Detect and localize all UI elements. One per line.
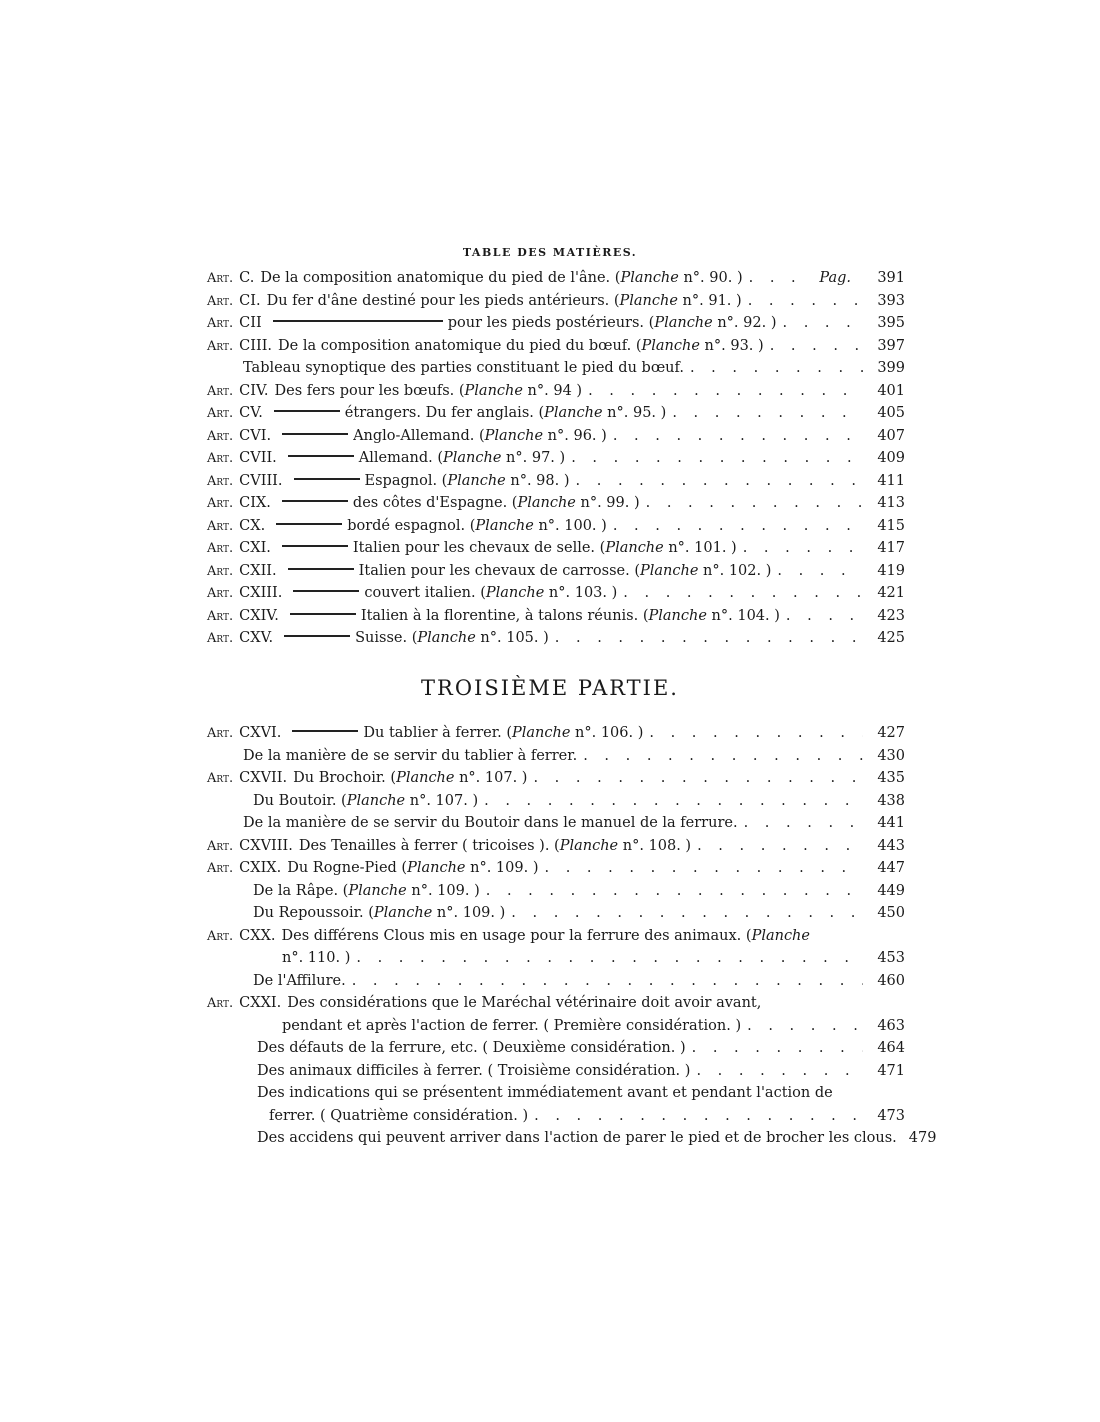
planche-label: Planche xyxy=(374,902,432,925)
dot-leader xyxy=(747,1015,863,1038)
toc-entry: De la manière de se servir du Boutoir da… xyxy=(207,812,905,835)
page-number: 438 xyxy=(869,790,905,813)
entry-title: Du fer d'âne destiné pour les pieds anté… xyxy=(267,290,620,313)
planche-number: n°. 109. ) xyxy=(432,902,505,925)
planche-label: Planche xyxy=(475,515,533,538)
entry-title: pendant et après l'action de ferrer. ( P… xyxy=(282,1015,741,1038)
dot-leader xyxy=(576,470,863,493)
dot-leader xyxy=(782,312,863,335)
planche-label: Planche xyxy=(512,722,570,745)
dot-leader xyxy=(613,515,863,538)
planche-label: Planche xyxy=(605,537,663,560)
planche-number: n°. 94 ) xyxy=(523,380,582,403)
entry-title: Du tablier à ferrer. ( xyxy=(363,722,512,745)
planche-number: n°. 100. ) xyxy=(534,515,607,538)
toc-entry: n°. 110. )453 xyxy=(207,947,905,970)
planche-number: n°. 96. ) xyxy=(543,425,607,448)
planche-number: n°. 105. ) xyxy=(476,627,549,650)
entry-title: n°. 110. ) xyxy=(282,947,350,970)
dot-leader xyxy=(571,447,863,470)
article-label: Art. xyxy=(207,836,233,859)
page-number: 419 xyxy=(869,560,905,583)
article-label: Art. xyxy=(207,471,233,494)
entry-title: Suisse. ( xyxy=(355,627,417,650)
entry-title: De l'Affilure. xyxy=(253,970,346,993)
article-number: CIV. xyxy=(239,380,268,403)
entry-title: Anglo-Allemand. ( xyxy=(353,425,485,448)
dot-leader xyxy=(749,267,814,290)
article-number: CXVI. xyxy=(239,722,281,745)
page-number: 423 xyxy=(869,605,905,628)
planche-label: Planche xyxy=(642,335,700,358)
toc-entry: Des accidens qui peuvent arriver dans l'… xyxy=(207,1127,905,1150)
article-number: CX. xyxy=(239,515,265,538)
planche-label: Planche xyxy=(486,582,544,605)
toc-entry: Art.CV.étrangers. Du fer anglais. (Planc… xyxy=(207,402,905,425)
entry-title: Des indications qui se présentent immédi… xyxy=(257,1082,833,1105)
planche-number: n°. 108. ) xyxy=(618,835,691,858)
page-number: 391 xyxy=(869,267,905,290)
article-label: Art. xyxy=(207,381,233,404)
page-number: 464 xyxy=(869,1037,905,1060)
article-label: Art. xyxy=(207,628,233,651)
page-number: 395 xyxy=(869,312,905,335)
article-number: CVI. xyxy=(239,425,271,448)
page-number: 413 xyxy=(869,492,905,515)
article-label: Art. xyxy=(207,268,233,291)
dot-leader xyxy=(511,902,863,925)
entry-title: Des défauts de la ferrure, etc. ( Deuxiè… xyxy=(257,1037,686,1060)
article-number: CVIII. xyxy=(239,470,282,493)
toc-entry: Art.CXV.Suisse. (Planche n°. 105. )425 xyxy=(207,627,905,650)
dot-leader xyxy=(692,1037,863,1060)
ditto-rule xyxy=(273,320,443,322)
entry-title: ferrer. ( Quatrième considération. ) xyxy=(269,1105,528,1128)
entry-title: Italien pour les chevaux de selle. ( xyxy=(353,537,605,560)
toc-entry: Art.CXI.Italien pour les chevaux de sell… xyxy=(207,537,905,560)
page-number: 399 xyxy=(869,357,905,380)
toc-entry: Art.CXIX.Du Rogne-Pied (Planche n°. 109.… xyxy=(207,857,905,880)
dot-leader xyxy=(613,425,863,448)
toc-entry: Art.CXIV.Italien à la florentine, à talo… xyxy=(207,605,905,628)
entry-title: pour les pieds postérieurs. ( xyxy=(448,312,655,335)
article-number: CXV. xyxy=(239,627,273,650)
entry-title: Italien à la florentine, à talons réunis… xyxy=(361,605,649,628)
toc-part-deux: Art.C.De la composition anatomique du pi… xyxy=(207,267,905,650)
planche-label: Planche xyxy=(620,267,678,290)
planche-label: Planche xyxy=(560,835,618,858)
planche-label: Planche xyxy=(517,492,575,515)
ditto-rule xyxy=(293,590,359,592)
article-number: CXIV. xyxy=(239,605,279,628)
dot-leader xyxy=(544,857,863,880)
planche-label: Planche xyxy=(443,447,501,470)
dot-leader xyxy=(623,582,863,605)
page-number: 471 xyxy=(869,1060,905,1083)
ditto-rule xyxy=(288,568,354,570)
article-number: CI. xyxy=(239,290,260,313)
dot-leader xyxy=(690,357,863,380)
planche-number: n°. 109. ) xyxy=(466,857,539,880)
toc-entry: De la Râpe. (Planche n°. 109. )449 xyxy=(207,880,905,903)
toc-entry: Art.CXX.Des différens Clous mis en usage… xyxy=(207,925,905,948)
article-number: CII xyxy=(239,312,262,335)
entry-title: des côtes d'Espagne. ( xyxy=(353,492,518,515)
entry-title: Des Tenailles à ferrer ( tricoises ). ( xyxy=(299,835,560,858)
article-number: CIX. xyxy=(239,492,271,515)
ditto-rule xyxy=(276,523,342,525)
toc-entry: De la manière de se servir du tablier à … xyxy=(207,745,905,768)
ditto-rule xyxy=(274,410,340,412)
toc-entry: Art.CIIpour les pieds postérieurs. (Plan… xyxy=(207,312,905,335)
article-number: CXVII. xyxy=(239,767,287,790)
page-number: 427 xyxy=(869,722,905,745)
article-label: Art. xyxy=(207,768,233,791)
article-number: CXII. xyxy=(239,560,276,583)
dot-leader xyxy=(649,722,863,745)
planche-number: n°. 90. ) xyxy=(679,267,743,290)
dot-leader xyxy=(697,835,863,858)
article-number: CXX. xyxy=(239,925,275,948)
ditto-rule xyxy=(292,730,358,732)
planche-number: n°. 106. ) xyxy=(570,722,643,745)
toc-entry: Des animaux difficiles à ferrer. ( Trois… xyxy=(207,1060,905,1083)
toc-entry: Art.CXVI.Du tablier à ferrer. (Planche n… xyxy=(207,722,905,745)
article-number: CV. xyxy=(239,402,263,425)
article-label: Art. xyxy=(207,858,233,881)
planche-label: Planche xyxy=(348,880,406,903)
planche-number: n°. 93. ) xyxy=(700,335,764,358)
article-label: Art. xyxy=(207,606,233,629)
planche-label: Planche xyxy=(640,560,698,583)
toc-entry: De l'Affilure.460 xyxy=(207,970,905,993)
page-number: 449 xyxy=(869,880,905,903)
article-number: C. xyxy=(239,267,254,290)
page-number: 407 xyxy=(869,425,905,448)
ditto-rule xyxy=(290,613,356,615)
page-number: 460 xyxy=(869,970,905,993)
page-number: 415 xyxy=(869,515,905,538)
page-number: 479 xyxy=(909,1127,937,1150)
article-label: Art. xyxy=(207,313,233,336)
planche-number: n°. 107. ) xyxy=(454,767,527,790)
entry-title: Des fers pour les bœufs. ( xyxy=(275,380,465,403)
dot-leader xyxy=(588,380,863,403)
article-number: CXI. xyxy=(239,537,271,560)
article-number: CXXI. xyxy=(239,992,281,1015)
entry-title: Du Repoussoir. ( xyxy=(253,902,374,925)
pag-label: Pag. xyxy=(819,267,851,290)
page-number: 441 xyxy=(869,812,905,835)
toc-entry: Des défauts de la ferrure, etc. ( Deuxiè… xyxy=(207,1037,905,1060)
dot-leader xyxy=(533,767,863,790)
toc-entry: Art.CXVII.Du Brochoir. (Planche n°. 107.… xyxy=(207,767,905,790)
article-label: Art. xyxy=(207,426,233,449)
entry-title: De la composition anatomique du pied du … xyxy=(278,335,641,358)
entry-title: Des accidens qui peuvent arriver dans l'… xyxy=(257,1127,897,1150)
dot-leader xyxy=(583,745,863,768)
article-label: Art. xyxy=(207,926,233,949)
toc-entry: Art.CI.Du fer d'âne destiné pour les pie… xyxy=(207,290,905,313)
entry-title: De la manière de se servir du tablier à … xyxy=(243,745,577,768)
toc-entry: Art.CXII.Italien pour les chevaux de car… xyxy=(207,560,905,583)
planche-number: n°. 98. ) xyxy=(506,470,570,493)
planche-number: n°. 104. ) xyxy=(707,605,780,628)
entry-title: bordé espagnol. ( xyxy=(347,515,475,538)
article-label: Art. xyxy=(207,336,233,359)
dot-leader xyxy=(743,537,863,560)
toc-entry: Art.CIV.Des fers pour les bœufs. (Planch… xyxy=(207,380,905,403)
planche-number: n°. 102. ) xyxy=(698,560,771,583)
entry-title: Du Boutoir. ( xyxy=(253,790,347,813)
planche-number: n°. 95. ) xyxy=(603,402,667,425)
toc-entry: Art.CVI.Anglo-Allemand. (Planche n°. 96.… xyxy=(207,425,905,448)
planche-number: n°. 107. ) xyxy=(405,790,478,813)
entry-title: Du Rogne-Pied ( xyxy=(287,857,407,880)
page-number: 443 xyxy=(869,835,905,858)
section-title: TROISIÈME PARTIE. xyxy=(0,676,1100,700)
page-number: 425 xyxy=(869,627,905,650)
book-page: TABLE DES MATIÈRES. Art.C.De la composit… xyxy=(0,0,1100,1422)
page-number: 453 xyxy=(869,947,905,970)
running-head: TABLE DES MATIÈRES. xyxy=(0,246,1100,259)
ditto-rule xyxy=(282,500,348,502)
dot-leader xyxy=(356,947,863,970)
entry-title: De la Râpe. ( xyxy=(253,880,348,903)
article-label: Art. xyxy=(207,583,233,606)
planche-number: n°. 91. ) xyxy=(678,290,742,313)
ditto-rule xyxy=(284,635,350,637)
page-number: 421 xyxy=(869,582,905,605)
ditto-rule xyxy=(294,478,360,480)
planche-label: Planche xyxy=(752,925,810,948)
toc-part-trois: Art.CXVI.Du tablier à ferrer. (Planche n… xyxy=(207,722,905,1150)
article-number: CXIX. xyxy=(239,857,281,880)
planche-label: Planche xyxy=(465,380,523,403)
entry-title: Allemand. ( xyxy=(359,447,443,470)
planche-number: n°. 103. ) xyxy=(544,582,617,605)
toc-entry: Art.CVII.Allemand. (Planche n°. 97. )409 xyxy=(207,447,905,470)
toc-entry: Art.CXIII.couvert italien. (Planche n°. … xyxy=(207,582,905,605)
dot-leader xyxy=(534,1105,863,1128)
ditto-rule xyxy=(282,545,348,547)
article-label: Art. xyxy=(207,993,233,1016)
page-number: 463 xyxy=(869,1015,905,1038)
ditto-rule xyxy=(282,433,348,435)
toc-entry: pendant et après l'action de ferrer. ( P… xyxy=(207,1015,905,1038)
dot-leader xyxy=(777,560,863,583)
entry-title: Italien pour les chevaux de carrosse. ( xyxy=(359,560,640,583)
dot-leader xyxy=(770,335,863,358)
entry-title: De la composition anatomique du pied de … xyxy=(260,267,620,290)
page-number: 393 xyxy=(869,290,905,313)
page-number: 447 xyxy=(869,857,905,880)
toc-entry: Des indications qui se présentent immédi… xyxy=(207,1082,905,1105)
toc-entry: Art.CIII.De la composition anatomique du… xyxy=(207,335,905,358)
ditto-rule xyxy=(288,455,354,457)
article-number: CVII. xyxy=(239,447,277,470)
toc-entry: Art.C.De la composition anatomique du pi… xyxy=(207,267,905,290)
page-number: 473 xyxy=(869,1105,905,1128)
toc-entry: ferrer. ( Quatrième considération. )473 xyxy=(207,1105,905,1128)
dot-leader xyxy=(672,402,863,425)
article-number: CXIII. xyxy=(239,582,282,605)
entry-title: Espagnol. ( xyxy=(365,470,448,493)
page-number: 397 xyxy=(869,335,905,358)
article-label: Art. xyxy=(207,561,233,584)
planche-label: Planche xyxy=(396,767,454,790)
toc-entry: Du Repoussoir. (Planche n°. 109. )450 xyxy=(207,902,905,925)
toc-entry: Art.CX.bordé espagnol. (Planche n°. 100.… xyxy=(207,515,905,538)
planche-label: Planche xyxy=(347,790,405,813)
planche-label: Planche xyxy=(417,627,475,650)
planche-label: Planche xyxy=(654,312,712,335)
dot-leader xyxy=(646,492,863,515)
planche-label: Planche xyxy=(620,290,678,313)
page-number: 450 xyxy=(869,902,905,925)
page-number: 405 xyxy=(869,402,905,425)
planche-label: Planche xyxy=(485,425,543,448)
page-number: 411 xyxy=(869,470,905,493)
dot-leader xyxy=(555,627,863,650)
toc-entry: Art.CIX.des côtes d'Espagne. (Planche n°… xyxy=(207,492,905,515)
toc-entry: Art.CXVIII.Des Tenailles à ferrer ( tric… xyxy=(207,835,905,858)
page-number: 435 xyxy=(869,767,905,790)
entry-title: Des différens Clous mis en usage pour la… xyxy=(282,925,752,948)
planche-label: Planche xyxy=(649,605,707,628)
planche-number: n°. 109. ) xyxy=(407,880,480,903)
planche-label: Planche xyxy=(544,402,602,425)
entry-title: couvert italien. ( xyxy=(364,582,486,605)
article-label: Art. xyxy=(207,516,233,539)
dot-leader xyxy=(748,290,863,313)
article-label: Art. xyxy=(207,448,233,471)
planche-number: n°. 99. ) xyxy=(576,492,640,515)
dot-leader xyxy=(484,790,863,813)
dot-leader xyxy=(352,970,863,993)
entry-title: Du Brochoir. ( xyxy=(293,767,396,790)
article-label: Art. xyxy=(207,493,233,516)
page-number: 430 xyxy=(869,745,905,768)
planche-number: n°. 92. ) xyxy=(713,312,777,335)
page-number: 417 xyxy=(869,537,905,560)
toc-entry: Du Boutoir. (Planche n°. 107. )438 xyxy=(207,790,905,813)
planche-number: n°. 101. ) xyxy=(664,537,737,560)
article-label: Art. xyxy=(207,723,233,746)
page-number: 409 xyxy=(869,447,905,470)
article-label: Art. xyxy=(207,538,233,561)
article-label: Art. xyxy=(207,403,233,426)
planche-label: Planche xyxy=(447,470,505,493)
article-label: Art. xyxy=(207,291,233,314)
entry-title: Tableau synoptique des parties constitua… xyxy=(243,357,684,380)
planche-label: Planche xyxy=(407,857,465,880)
dot-leader xyxy=(744,812,863,835)
entry-title: étrangers. Du fer anglais. ( xyxy=(345,402,544,425)
dot-leader xyxy=(696,1060,863,1083)
article-number: CIII. xyxy=(239,335,272,358)
toc-entry: Art.CXXI.Des considérations que le Maréc… xyxy=(207,992,905,1015)
page-number: 401 xyxy=(869,380,905,403)
entry-title: Des considérations que le Maréchal vétér… xyxy=(287,992,761,1015)
entry-title: Des animaux difficiles à ferrer. ( Trois… xyxy=(257,1060,690,1083)
toc-entry: Art.CVIII.Espagnol. (Planche n°. 98. )41… xyxy=(207,470,905,493)
dot-leader xyxy=(486,880,863,903)
planche-number: n°. 97. ) xyxy=(501,447,565,470)
toc-entry: Tableau synoptique des parties constitua… xyxy=(207,357,905,380)
article-number: CXVIII. xyxy=(239,835,293,858)
dot-leader xyxy=(786,605,863,628)
entry-title: De la manière de se servir du Boutoir da… xyxy=(243,812,738,835)
